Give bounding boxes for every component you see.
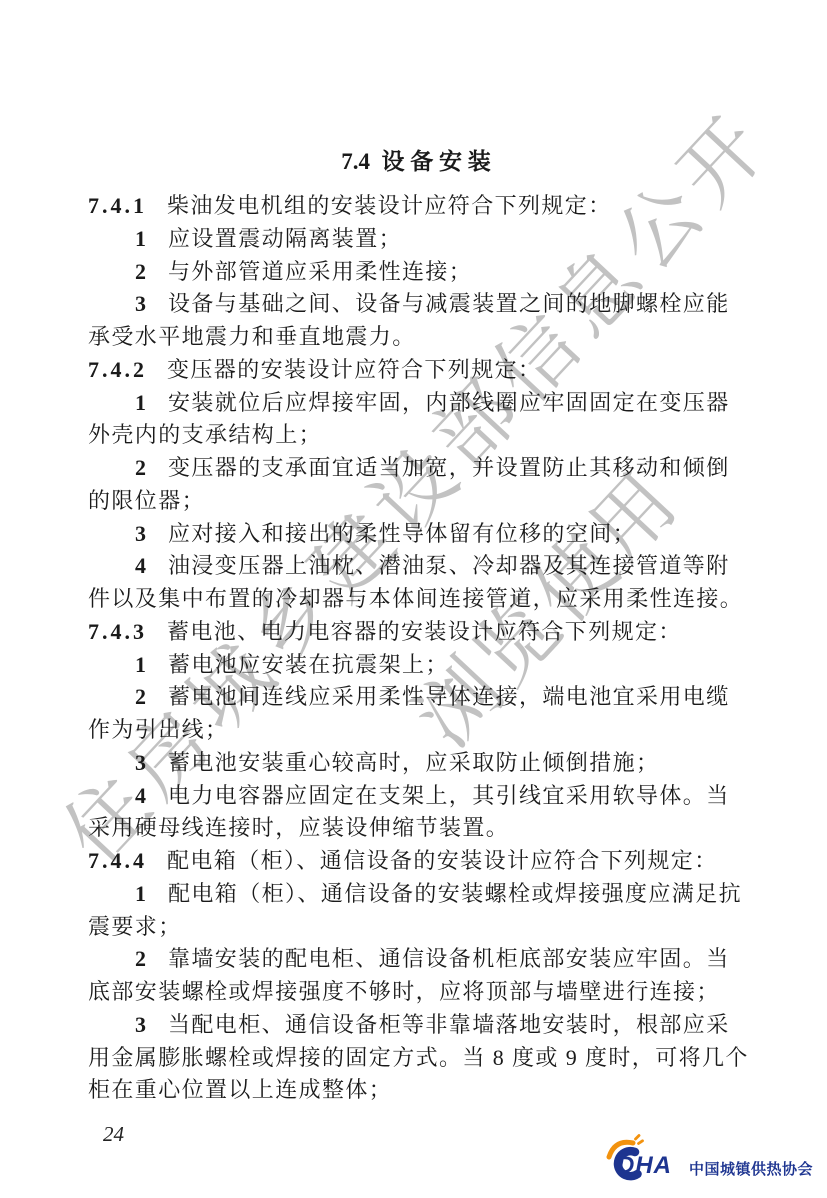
- clause-number: 7.4.3: [88, 619, 147, 644]
- line-text: 的限位器；: [88, 488, 205, 513]
- body-line: 7.4.2变压器的安装设计应符合下列规定：: [88, 354, 748, 387]
- line-text: 作为引出线；: [88, 717, 228, 742]
- body-line: 2与外部管道应采用柔性连接；: [88, 256, 748, 289]
- clause-number: 7.4.2: [88, 357, 147, 382]
- line-text: 件以及集中布置的冷却器与本体间连接管道，应采用柔性连接。: [88, 586, 743, 611]
- line-text: 蓄电池间连线应采用柔性导体连接，端电池宜采用电缆: [168, 684, 730, 709]
- line-text: 蓄电池安装重心较高时，应采取防止倾倒措施；: [168, 750, 659, 775]
- body-line-continuation: 作为引出线；: [88, 714, 748, 747]
- line-text: 与外部管道应采用柔性连接；: [168, 259, 472, 284]
- document-page: 住房城乡建设部信息公开 浏览使用 7.4 设 备 安 装 7.4.1柴油发电机组…: [0, 0, 827, 1198]
- line-text: 承受水平地震力和垂直地震力。: [88, 324, 416, 349]
- item-number: 3: [135, 1012, 146, 1037]
- logo-org-name: 中国城镇供热协会: [689, 1158, 813, 1179]
- item-number: 2: [135, 455, 146, 480]
- item-number: 1: [135, 881, 146, 906]
- body-line: 7.4.4配电箱（柜）、通信设备的安装设计应符合下列规定：: [88, 845, 748, 878]
- line-text: 采用硬母线连接时，应装设伸缩节装置。: [88, 815, 509, 840]
- item-number: 1: [135, 652, 146, 677]
- item-number: 2: [135, 684, 146, 709]
- line-text: 用金属膨胀螺栓或焊接的固定方式。当 8 度或 9 度时，可将几个: [88, 1045, 749, 1070]
- body-line: 4电力电容器应固定在支架上，其引线宜采用软导体。当: [88, 780, 748, 813]
- body-line: 1安装就位后应焊接牢固，内部线圈应牢固固定在变压器: [88, 387, 748, 420]
- body-line-continuation: 的限位器；: [88, 485, 748, 518]
- body-line: 3蓄电池安装重心较高时，应采取防止倾倒措施；: [88, 747, 748, 780]
- line-text: 变压器的支承面宜适当加宽，并设置防止其移动和倾倒: [168, 455, 730, 480]
- line-text: 蓄电池应安装在抗震架上；: [168, 652, 449, 677]
- association-logo: DHA 中国城镇供热协会: [604, 1130, 822, 1188]
- line-text: 柜在重心位置以上连成整体；: [88, 1077, 392, 1102]
- item-number: 3: [135, 291, 146, 316]
- line-text: 配电箱（柜）、通信设备的安装螺栓或焊接强度应满足抗: [168, 881, 742, 906]
- body-line: 7.4.3蓄电池、电力电容器的安装设计应符合下列规定：: [88, 616, 748, 649]
- line-text: 震要求；: [88, 914, 182, 939]
- clause-number: 7.4.4: [88, 848, 147, 873]
- body-line-continuation: 外壳内的支承结构上；: [88, 419, 748, 452]
- body-line: 3应对接入和接出的柔性导体留有位移的空间；: [88, 518, 748, 551]
- line-text: 配电箱（柜）、通信设备的安装设计应符合下列规定：: [167, 848, 718, 873]
- logo-acronym: DHA: [617, 1152, 672, 1180]
- body-line-continuation: 底部安装螺栓或焊接强度不够时，应将顶部与墙壁进行连接；: [88, 976, 748, 1009]
- line-text: 靠墙安装的配电柜、通信设备机柜底部安装应牢固。当: [168, 946, 730, 971]
- item-number: 2: [135, 259, 146, 284]
- body-line: 3设备与基础之间、设备与减震装置之间的地脚螺栓应能: [88, 288, 748, 321]
- body-line-continuation: 件以及集中布置的冷却器与本体间连接管道，应采用柔性连接。: [88, 583, 748, 616]
- item-number: 3: [135, 521, 146, 546]
- body-line-continuation: 震要求；: [88, 911, 748, 944]
- body-line: 2靠墙安装的配电柜、通信设备机柜底部安装应牢固。当: [88, 943, 748, 976]
- line-text: 电力电容器应固定在支架上，其引线宜采用软导体。当: [168, 783, 730, 808]
- line-text: 设备与基础之间、设备与减震装置之间的地脚螺栓应能: [168, 291, 730, 316]
- line-text: 外壳内的支承结构上；: [88, 422, 322, 447]
- line-text: 蓄电池、电力电容器的安装设计应符合下列规定：: [167, 619, 682, 644]
- item-number: 4: [135, 553, 146, 578]
- item-number: 4: [135, 783, 146, 808]
- item-number: 3: [135, 750, 146, 775]
- clause-number: 7.4.1: [88, 193, 147, 218]
- line-text: 变压器的安装设计应符合下列规定：: [167, 357, 541, 382]
- body-line: 2蓄电池间连线应采用柔性导体连接，端电池宜采用电缆: [88, 681, 748, 714]
- body-text: 7.4.1柴油发电机组的安装设计应符合下列规定：1应设置震动隔离装置；2与外部管…: [88, 190, 748, 1107]
- body-line-continuation: 用金属膨胀螺栓或焊接的固定方式。当 8 度或 9 度时，可将几个: [88, 1042, 748, 1075]
- line-text: 底部安装螺栓或焊接强度不够时，应将顶部与墙壁进行连接；: [88, 979, 720, 1004]
- item-number: 1: [135, 390, 146, 415]
- line-text: 应对接入和接出的柔性导体留有位移的空间；: [168, 521, 636, 546]
- body-line: 1配电箱（柜）、通信设备的安装螺栓或焊接强度应满足抗: [88, 878, 748, 911]
- body-line-continuation: 承受水平地震力和垂直地震力。: [88, 321, 748, 354]
- body-line: 1应设置震动隔离装置；: [88, 223, 748, 256]
- body-line: 3当配电柜、通信设备柜等非靠墙落地安装时，根部应采: [88, 1009, 748, 1042]
- section-title: 7.4 设 备 安 装: [88, 143, 744, 176]
- body-line: 2变压器的支承面宜适当加宽，并设置防止其移动和倾倒: [88, 452, 748, 485]
- line-text: 油浸变压器上油枕、潜油泵、冷却器及其连接管道等附: [168, 553, 730, 578]
- line-text: 当配电柜、通信设备柜等非靠墙落地安装时，根部应采: [168, 1012, 730, 1037]
- line-text: 柴油发电机组的安装设计应符合下列规定：: [167, 193, 612, 218]
- body-line-continuation: 柜在重心位置以上连成整体；: [88, 1074, 748, 1107]
- line-text: 安装就位后应焊接牢固，内部线圈应牢固固定在变压器: [168, 390, 730, 415]
- line-text: 应设置震动隔离装置；: [168, 226, 402, 251]
- body-line: 7.4.1柴油发电机组的安装设计应符合下列规定：: [88, 190, 748, 223]
- body-line-continuation: 采用硬母线连接时，应装设伸缩节装置。: [88, 812, 748, 845]
- body-line: 4油浸变压器上油枕、潜油泵、冷却器及其连接管道等附: [88, 550, 748, 583]
- page-number: 24: [103, 1122, 124, 1147]
- body-line: 1蓄电池应安装在抗震架上；: [88, 649, 748, 682]
- item-number: 2: [135, 946, 146, 971]
- item-number: 1: [135, 226, 146, 251]
